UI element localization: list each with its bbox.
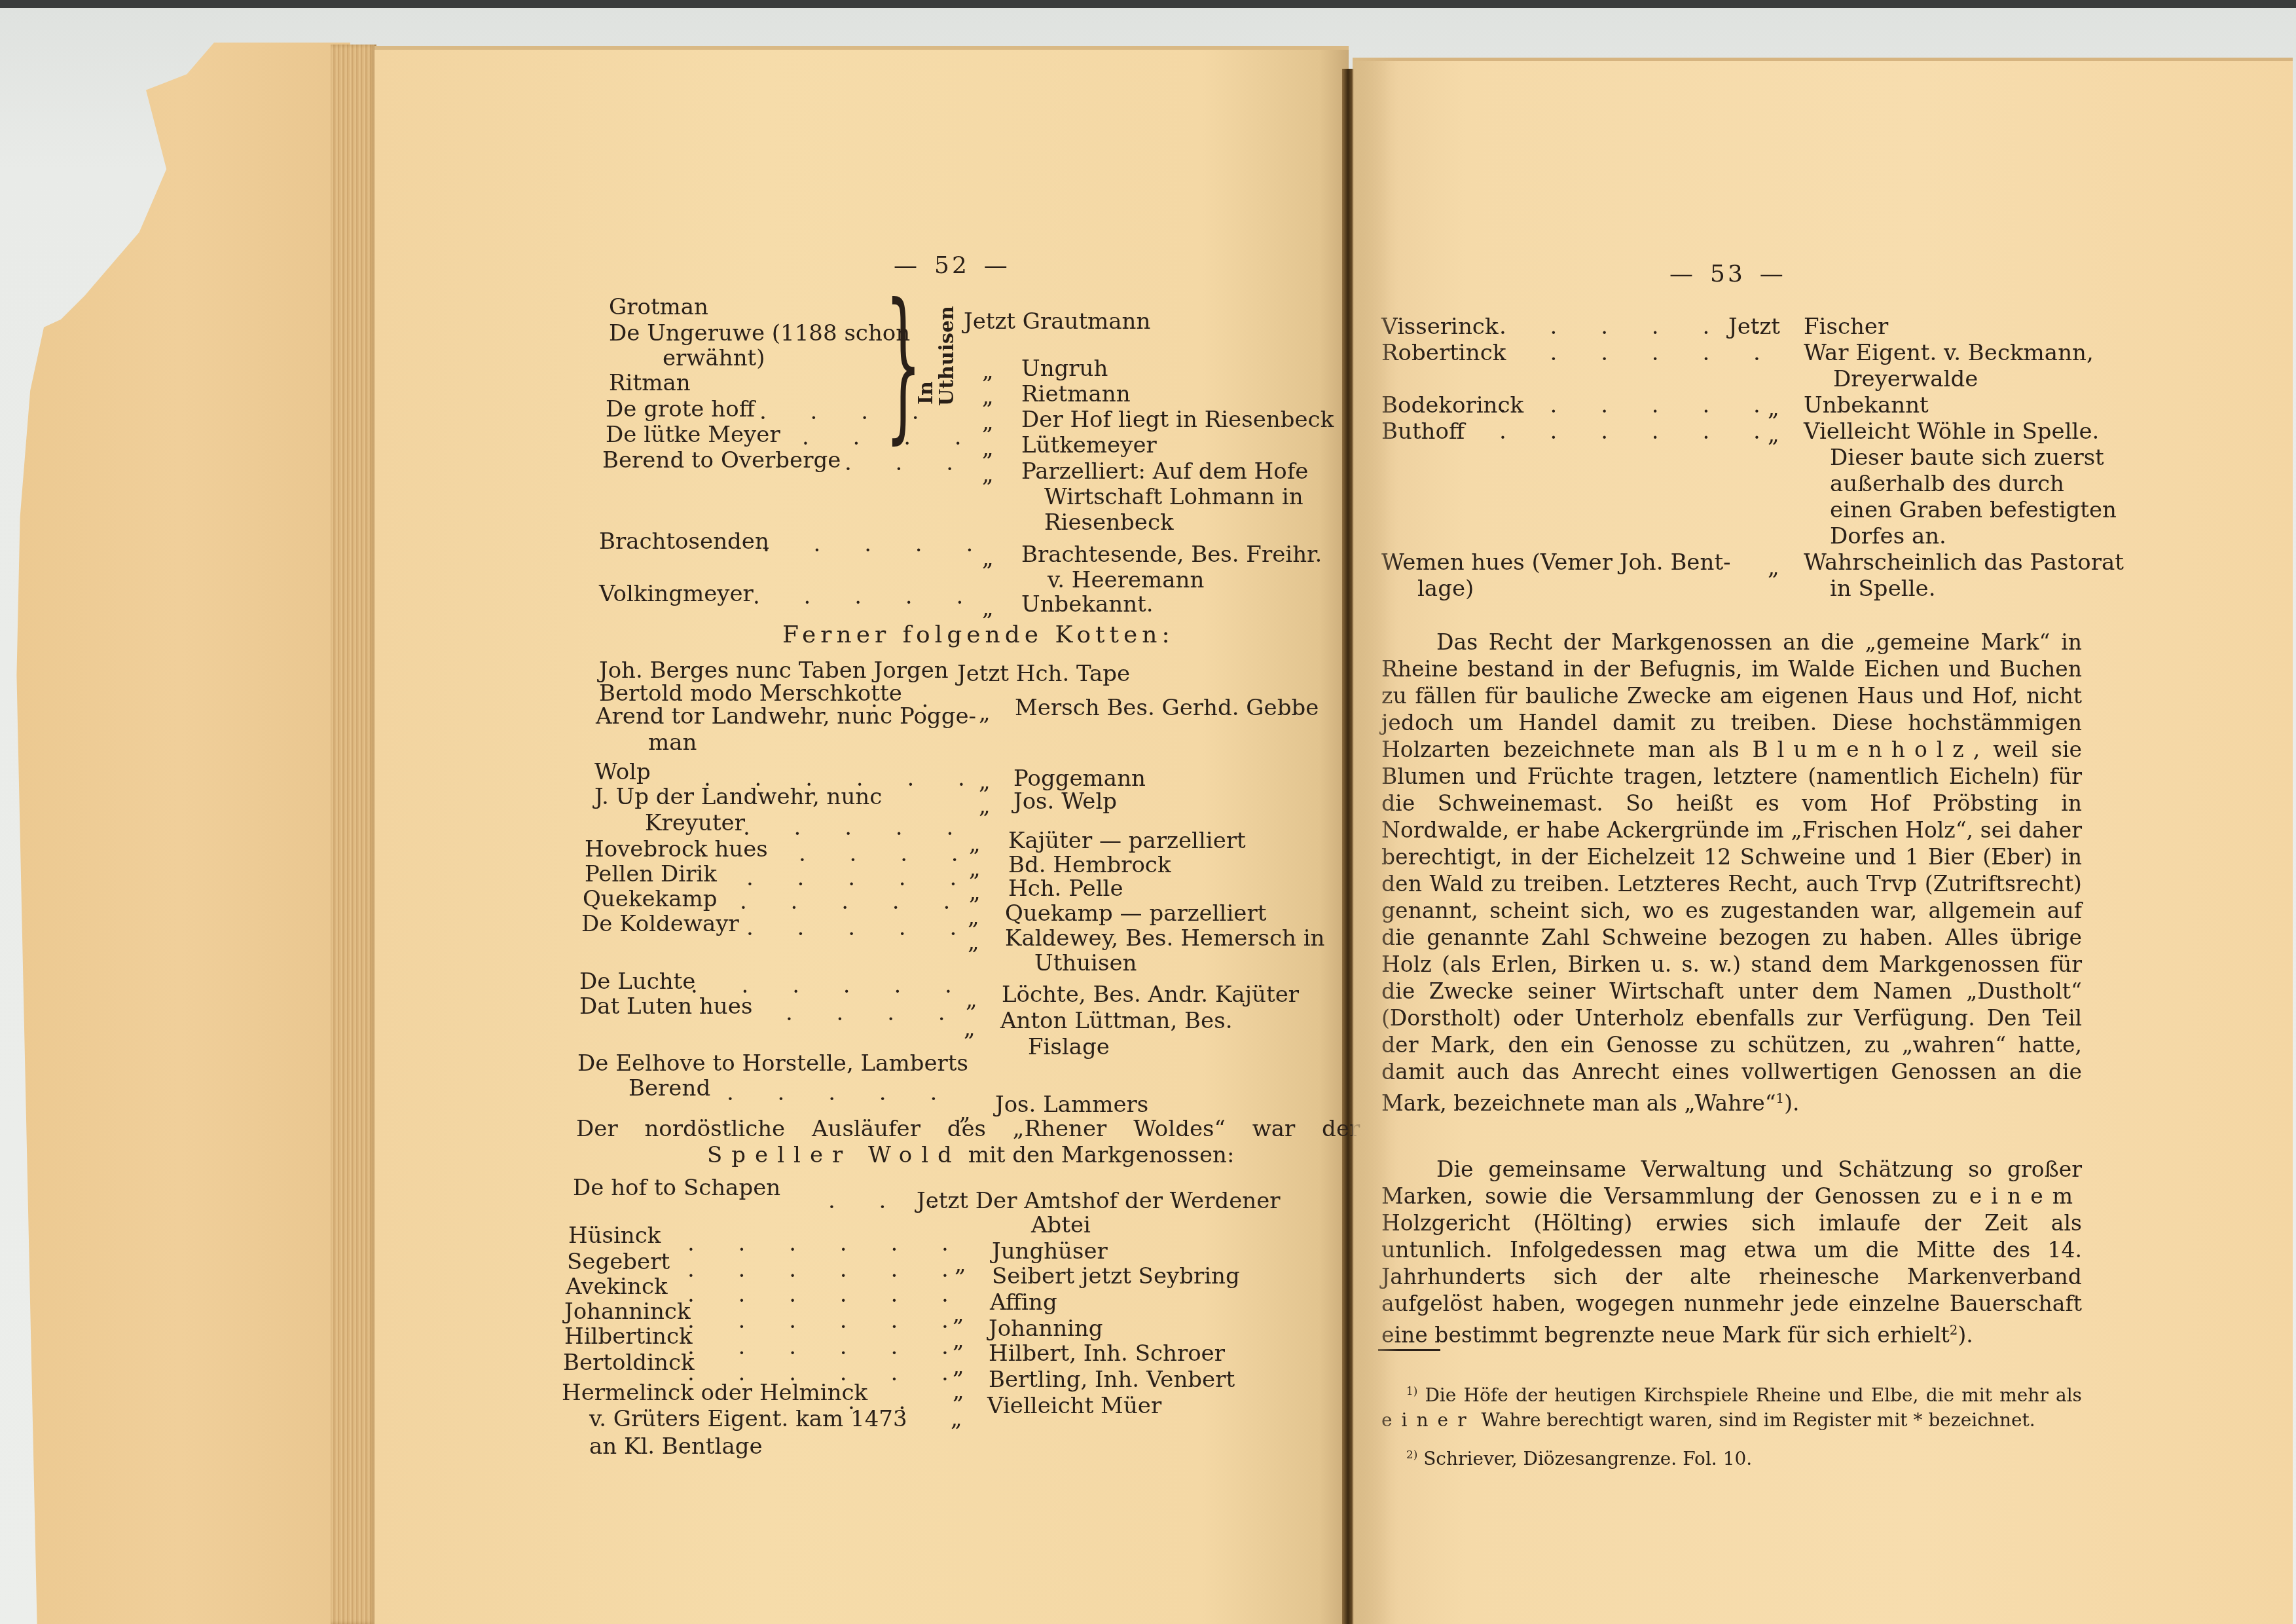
paragraph-mark-rights: Das Recht der Markgenossen an die „gemei… bbox=[1381, 629, 2082, 1116]
leader-dots: . . . . bbox=[786, 1001, 964, 1026]
section-heading-kotten: Ferner folgende Kotten: bbox=[782, 622, 1175, 648]
entry-now-cont: Dorfes an. bbox=[1830, 524, 1946, 549]
speller-name: Avekinck bbox=[566, 1274, 668, 1300]
ditto-mark: „ bbox=[982, 462, 994, 488]
page-edges-stack bbox=[331, 45, 376, 1624]
leader-dots: . . . . . bbox=[743, 815, 972, 841]
entry-name: De grote hoff bbox=[606, 397, 755, 422]
leader-dots: . . . bbox=[845, 451, 972, 476]
entry-now-cont: Dieser baute sich zuerst bbox=[1830, 445, 2104, 471]
speller-now: Vielleicht Müer bbox=[987, 1393, 1161, 1419]
leader-dots: . . . . . . bbox=[687, 1231, 967, 1257]
entry-name-cont: erwähnt) bbox=[663, 346, 765, 371]
speller-name: Hüsinck bbox=[568, 1223, 661, 1249]
footnote-1: 1) Die Höfe der heutigen Kirchspiele Rhe… bbox=[1381, 1378, 2082, 1433]
leader-dots: . . . . . bbox=[753, 584, 981, 610]
scanner-top-edge bbox=[0, 0, 2296, 8]
entry-now: Fischer bbox=[1804, 314, 1888, 340]
entry-name: Robertinck bbox=[1381, 341, 1506, 366]
kotten-name: Hovebrock hues bbox=[585, 837, 768, 862]
entry-now-cont: Dreyerwalde bbox=[1833, 367, 1978, 392]
entry-name: Visserinck bbox=[1381, 314, 1499, 340]
speller-intro-line2: Speller Wold mit den Markgenossen: bbox=[707, 1143, 1234, 1168]
entry-now: Parzelliert: Auf dem Hofe bbox=[1021, 459, 1308, 485]
kotten-name: De Eelhove to Horstelle, Lamberts bbox=[577, 1051, 968, 1077]
leader-dots: . . . . . bbox=[746, 866, 975, 891]
kotten-name-cont: Berend bbox=[629, 1076, 710, 1101]
leader-dots: . . . . . bbox=[727, 1080, 955, 1106]
entry-name: Brachtosenden bbox=[599, 529, 769, 555]
ditto-mark: „ bbox=[979, 701, 991, 726]
kotten-now: Jetzt Hch. Tape bbox=[957, 661, 1130, 687]
page-number-right: —53— bbox=[1669, 261, 1786, 287]
kotten-now: Hch. Pelle bbox=[1008, 876, 1123, 902]
ditto-mark: „ bbox=[979, 769, 991, 795]
ditto-mark: „ bbox=[982, 384, 994, 410]
footnote-ref-1[interactable]: 1 bbox=[1776, 1091, 1785, 1106]
footnote-2: 2) Schriever, Diözesangrenze. Fol. 10. bbox=[1381, 1442, 2082, 1471]
entry-name: Berend to Overberge bbox=[602, 448, 841, 473]
speller-now: Seibert jetzt Seybring bbox=[992, 1264, 1240, 1289]
speller-name-cont: an Kl. Bentlage bbox=[589, 1434, 763, 1460]
ditto-mark: „ bbox=[966, 987, 977, 1013]
leader-dots: . . . . . . bbox=[687, 1257, 967, 1283]
ditto-mark: „ bbox=[979, 794, 991, 819]
entry-now-cont: außerhalb des durch bbox=[1830, 471, 2064, 497]
leader-dots: . . . . . . bbox=[687, 1308, 967, 1334]
entry-now-cont: Riesenbeck bbox=[1044, 510, 1174, 536]
entry-now-cont: einen Graben befestigten bbox=[1830, 498, 2117, 523]
kotten-now: Kaldewey, Bes. Hemersch in bbox=[1005, 926, 1324, 951]
kotten-name: De Luchte bbox=[579, 969, 695, 995]
kotten-name: Pellen Dirik bbox=[585, 862, 717, 887]
bracket-label-uthuisen: Uthuisen bbox=[938, 308, 957, 406]
speller-name: Bertoldinck bbox=[563, 1350, 695, 1376]
leader-dots: . . . . bbox=[759, 399, 938, 425]
ditto-mark: „ bbox=[1768, 422, 1779, 448]
paragraph-mark-administration: Die gemeinsame Verwaltung und Schätzung … bbox=[1381, 1156, 2082, 1348]
entry-name: De Ungeruwe (1188 schon bbox=[609, 321, 910, 346]
entry-now-cont: Wirtschaft Lohmann in bbox=[1044, 485, 1303, 510]
kotten-name: J. Up der Landwehr, nunc bbox=[594, 784, 882, 810]
ditto-mark: „ bbox=[1768, 555, 1779, 581]
ditto-mark: „ bbox=[968, 930, 979, 955]
speller-name: De hof to Schapen bbox=[573, 1175, 780, 1201]
leader-dots: . . . . . . bbox=[1499, 341, 1779, 366]
leader-dots: . . . . . . bbox=[687, 1335, 967, 1360]
kotten-now: Quekamp — parzelliert bbox=[1005, 901, 1266, 927]
leader-dots: . . . . . . bbox=[1499, 393, 1779, 418]
entry-now: Vielleicht Wöhle in Spelle. bbox=[1804, 419, 2099, 445]
entry-now: War Eigent. v. Beckmann, bbox=[1804, 341, 2094, 366]
speller-name: Hilbertinck bbox=[564, 1324, 693, 1350]
speller-now: Bertling, Inh. Venbert bbox=[989, 1367, 1235, 1393]
ditto-mark: „ bbox=[953, 1379, 964, 1405]
kotten-now: Anton Lüttman, Bes. bbox=[1000, 1008, 1232, 1034]
entry-now: Rietmann bbox=[1021, 382, 1131, 407]
kotten-now: Bd. Hembrock bbox=[1008, 853, 1171, 878]
ditto-mark: „ bbox=[982, 596, 994, 621]
kotten-name-cont: man bbox=[648, 730, 697, 756]
footnotes: 1) Die Höfe der heutigen Kirchspiele Rhe… bbox=[1381, 1378, 2082, 1481]
entry-name: De lütke Meyer bbox=[606, 422, 780, 448]
kotten-now-cont: Fislage bbox=[1028, 1035, 1110, 1060]
kotten-now: Löchte, Bes. Andr. Kajüter bbox=[1002, 982, 1299, 1008]
leader-dots: . . . . . bbox=[740, 889, 968, 915]
bracket-label-in: In bbox=[917, 313, 936, 405]
ditto-mark: „ bbox=[982, 410, 994, 435]
kotten-now: Jos. Lammers bbox=[995, 1092, 1148, 1118]
leader-dots: . . . . . . bbox=[1499, 419, 1779, 445]
speller-now: Affing bbox=[990, 1290, 1057, 1316]
folio-52: 52 bbox=[934, 252, 970, 279]
entry-now-cont: in Spelle. bbox=[1830, 576, 1935, 602]
entry-name: Buthoff bbox=[1381, 419, 1465, 445]
entry-now-cont: v. Heeremann bbox=[1048, 568, 1204, 593]
speller-name: Hermelinck oder Helminck bbox=[562, 1380, 867, 1406]
speller-now: Jetzt Der Amtshof der Werdener bbox=[917, 1189, 1281, 1214]
entry-name: Wemen hues (Vemer Joh. Bent- bbox=[1381, 550, 1731, 576]
kotten-name: Dat Luten hues bbox=[579, 994, 752, 1020]
speller-name: Segebert bbox=[567, 1249, 670, 1275]
entry-now: Lütkemeyer bbox=[1021, 433, 1157, 458]
folio-53: 53 bbox=[1710, 261, 1745, 287]
ditto-mark: „ bbox=[969, 880, 981, 906]
kotten-now: Mersch Bes. Gerhd. Gebbe bbox=[1015, 695, 1319, 721]
speller-now-cont: Abtei bbox=[1031, 1213, 1091, 1238]
entry-now: Wahrscheinlich das Pastorat bbox=[1804, 550, 2124, 576]
entry-name: Ritman bbox=[609, 371, 691, 396]
leader-dots: . . . . bbox=[799, 841, 977, 867]
ditto-mark: „ bbox=[964, 1016, 975, 1042]
kotten-now: Kajüter — parzelliert bbox=[1008, 828, 1246, 854]
entry-now: Jetzt Grautmann bbox=[964, 309, 1150, 335]
entry-name: Grotman bbox=[609, 295, 708, 320]
entry-now: Unbekannt bbox=[1804, 393, 1929, 418]
ditto-mark: „ bbox=[982, 436, 994, 462]
leader-dots: . . . . . bbox=[746, 915, 975, 941]
ditto-mark: „ bbox=[951, 1407, 962, 1432]
kotten-name: Arend tor Landwehr, nunc Pogge- bbox=[596, 704, 976, 729]
entry-ditto: Jetzt bbox=[1728, 314, 1780, 340]
kotten-now: Jos. Welp bbox=[1013, 789, 1117, 815]
speller-name-cont: v. Grüters Eigent. kam 1473 bbox=[589, 1407, 907, 1432]
entry-now: Unbekannt. bbox=[1021, 592, 1154, 618]
leader-dots: . . . . . bbox=[763, 532, 991, 557]
leader-dots: . . . . . . bbox=[687, 1282, 967, 1308]
speller-name: Johanninck bbox=[564, 1299, 690, 1325]
footnote-rule bbox=[1378, 1349, 1440, 1351]
entry-now: Der Hof liegt in Riesenbeck bbox=[1021, 407, 1334, 433]
entry-now: Ungruh bbox=[1021, 356, 1108, 382]
entry-name: Volkingmeyer bbox=[599, 581, 754, 607]
ditto-mark: „ bbox=[982, 359, 994, 384]
entry-name-cont: lage) bbox=[1417, 576, 1474, 602]
ditto-mark: „ bbox=[982, 546, 994, 572]
speller-intro-line1: Der nordöstliche Ausläufer des „Rhener W… bbox=[576, 1116, 1360, 1142]
kotten-name: Wolp bbox=[594, 760, 651, 785]
footnote-ref-2[interactable]: 2 bbox=[1950, 1323, 1958, 1338]
speller-now: Hilbert, Inh. Schroer bbox=[989, 1341, 1225, 1367]
kotten-name-cont: Kreyuter bbox=[645, 811, 745, 836]
speller-now: Johanning bbox=[989, 1316, 1103, 1342]
entry-now: Brachtesende, Bes. Freihr. bbox=[1021, 542, 1322, 568]
kotten-now-cont: Uthuisen bbox=[1034, 951, 1137, 976]
speller-now: Junghüser bbox=[992, 1239, 1108, 1264]
book-gutter bbox=[1342, 69, 1354, 1624]
kotten-name: Quekekamp bbox=[583, 887, 718, 912]
kotten-name: De Koldewayr bbox=[581, 912, 739, 937]
